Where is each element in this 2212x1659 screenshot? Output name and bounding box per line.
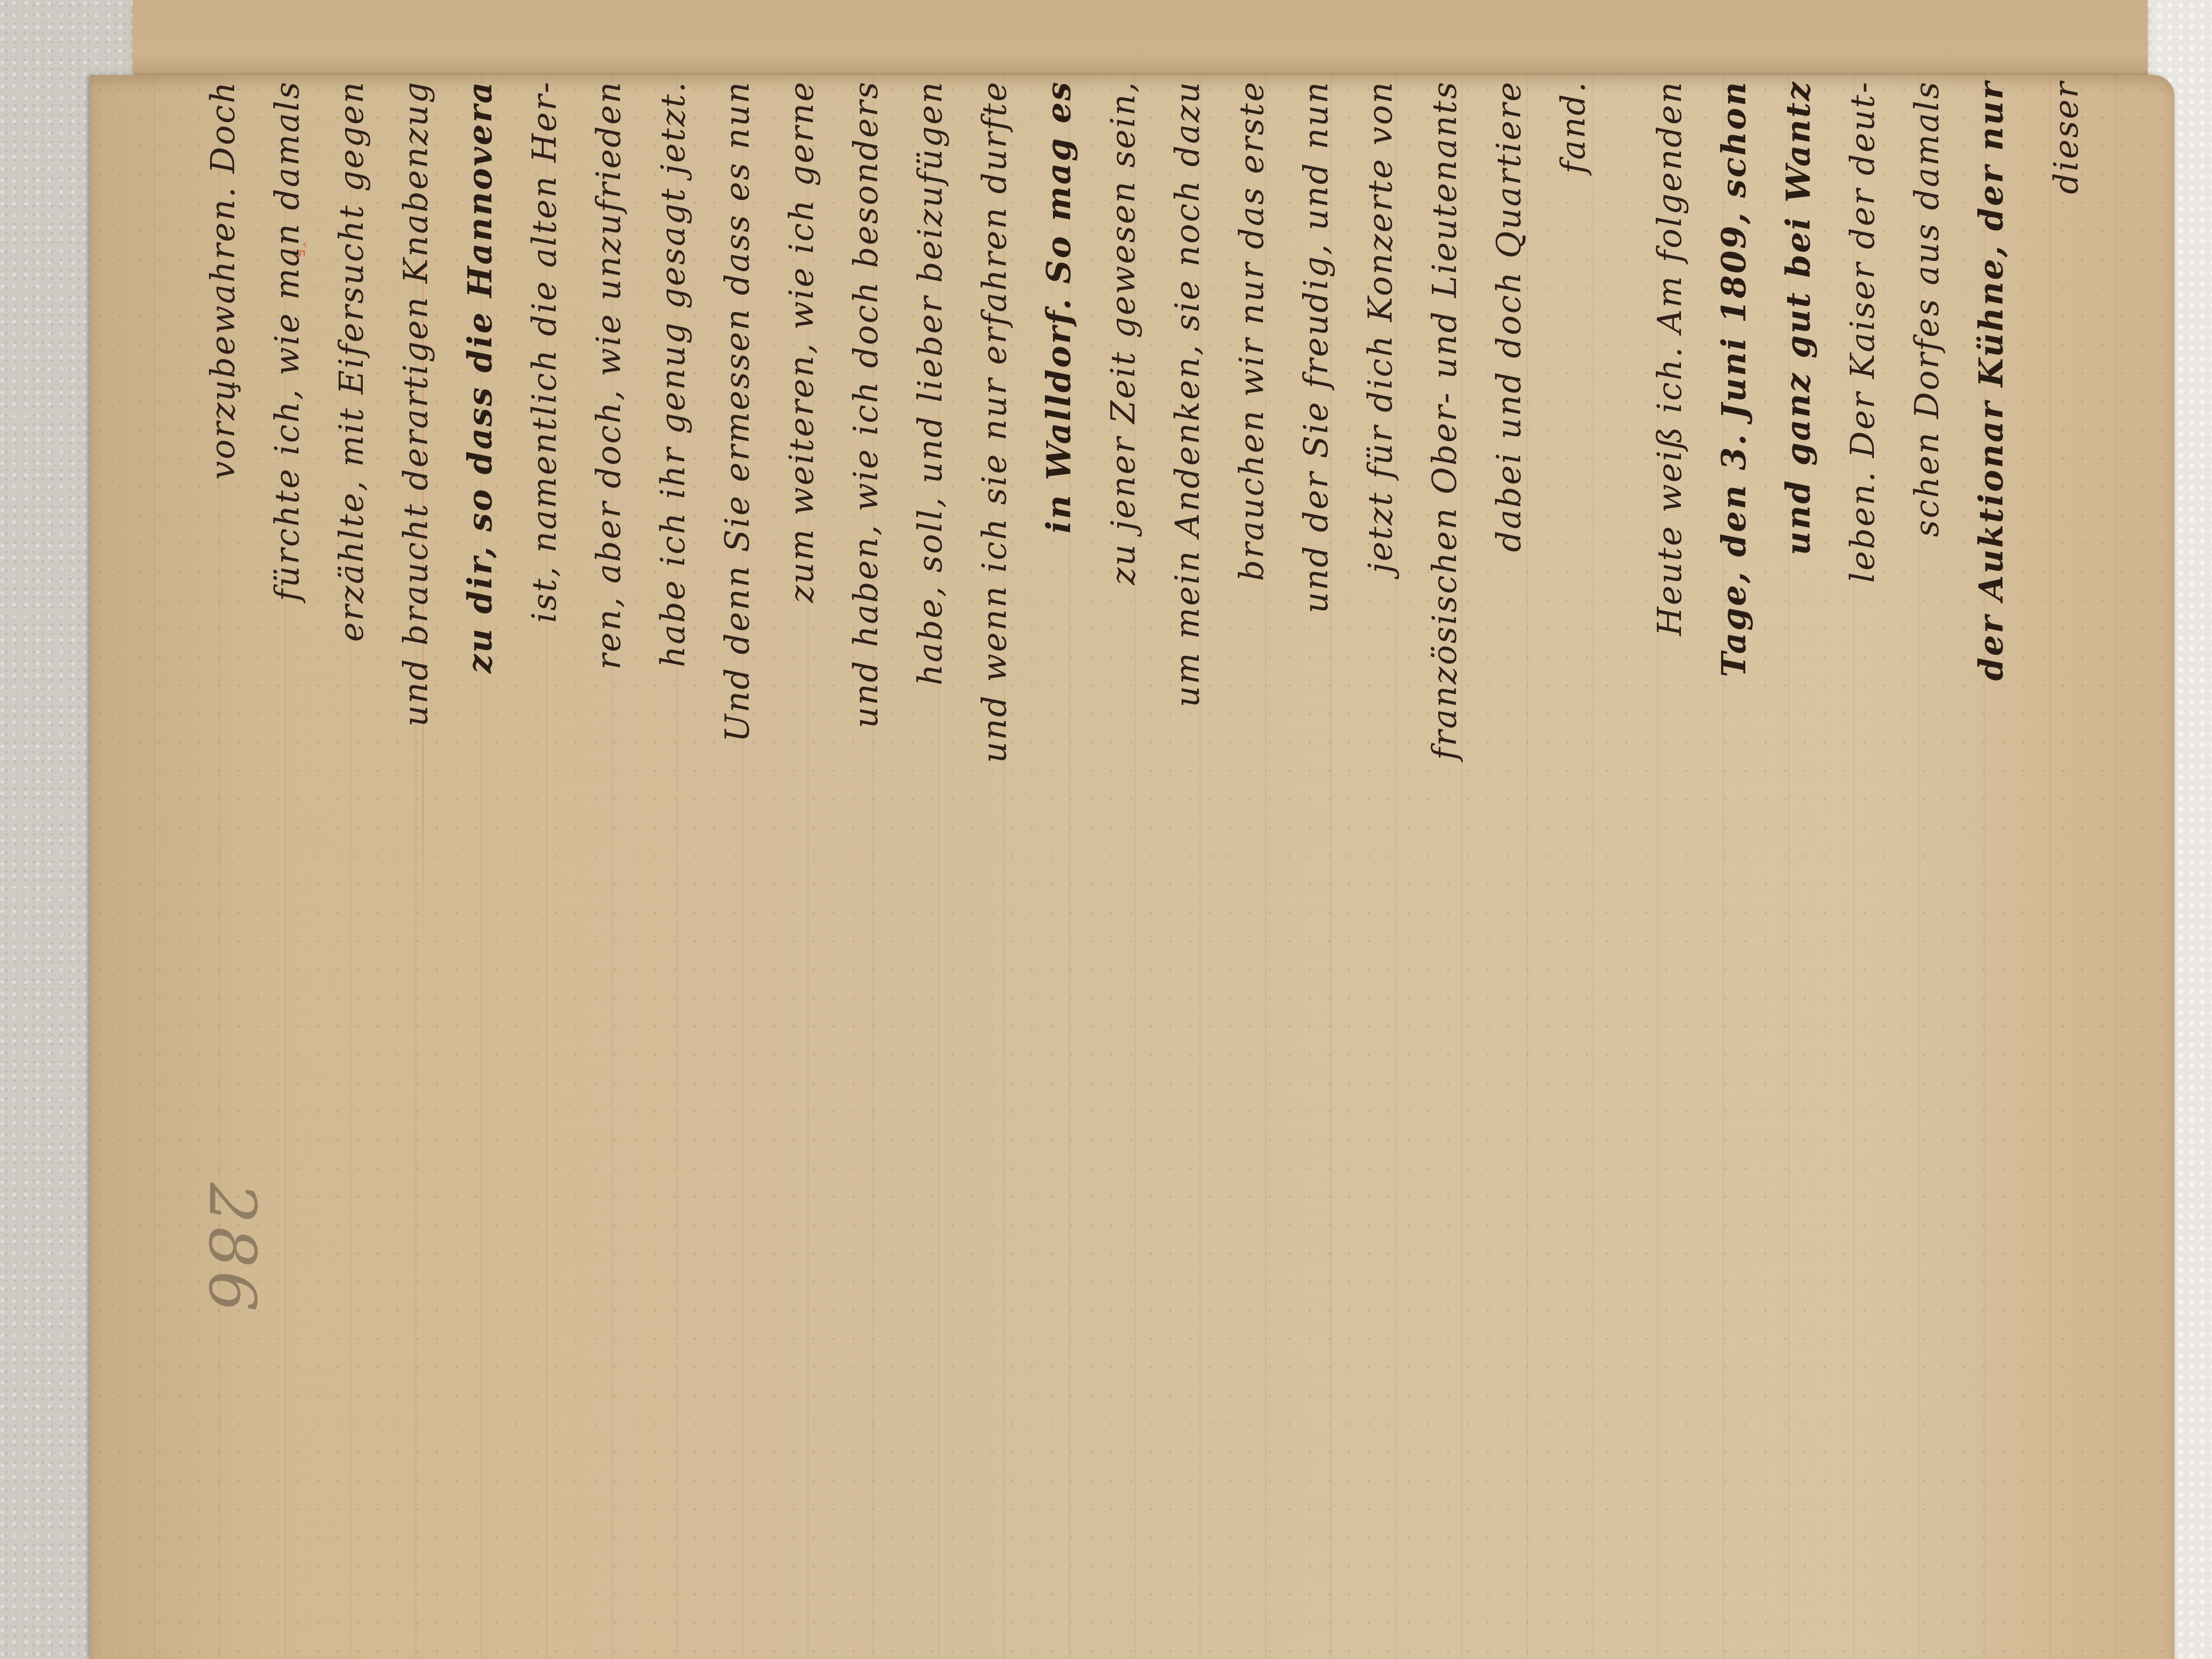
- text-line-content: der Auktionar Kühne, der nur: [1975, 80, 2008, 681]
- text-line: erzählte, mit Eifersucht gegen: [335, 80, 368, 916]
- text-line-content: dabei und doch Quartiere: [1492, 80, 1526, 552]
- text-line-content: und braucht derartigen Knabenzug: [399, 80, 432, 727]
- text-line: zu jener Zeit gewesen sein,: [1107, 80, 1140, 916]
- text-line: fürchte ich, wie man damals: [271, 80, 304, 916]
- text-line-content: leben. Der Kaiser der deut-: [1846, 80, 1879, 583]
- text-line-content: um mein Andenken, sie noch dazu: [1171, 80, 1204, 707]
- text-line: vorzu̧bewahren. Doch: [206, 80, 240, 916]
- text-line: ren, aber doch, wie unzufrieden: [592, 80, 625, 916]
- page-number: 286: [195, 1174, 270, 1324]
- text-line: dieser: [2050, 80, 2083, 916]
- text-line-content: und wenn ich sie nur erfahren durfte: [978, 80, 1011, 763]
- text-line-content: Und denn Sie ermessen dass es nun: [721, 80, 754, 742]
- text-line: zum weiteren, wie ich gerne: [785, 80, 818, 916]
- text-line-content: ist, namentlich die alten Her-: [528, 80, 561, 623]
- text-line-content: zu dir, so dass die Hannovera: [464, 80, 497, 673]
- text-line: schen Dorfes aus damals: [1910, 80, 1944, 916]
- text-line-content: und der Sie freudig, und nun: [1299, 80, 1333, 614]
- text-line-content: und ganz gut bei Wantz: [1782, 80, 1815, 555]
- text-line: dabei und doch Quartiere: [1492, 80, 1526, 916]
- previous-page-edge: [133, 0, 2148, 75]
- text-line-content: jetzt für dich Konzerte von: [1364, 80, 1397, 573]
- text-line: leben. Der Kaiser der deut-: [1846, 80, 1879, 916]
- text-line: fand.: [1557, 80, 1590, 916]
- text-line: ist, namentlich die alten Her-: [528, 80, 561, 916]
- text-line-content: habe, soll, und lieber beizufügen: [914, 80, 947, 685]
- text-line: habe ich ihr genug gesagt jetzt.: [656, 80, 690, 916]
- text-line-content: Tage, den 3. Juni 1809, schon: [1717, 80, 1751, 677]
- text-line-content: erzählte, mit Eifersucht gegen: [335, 80, 368, 642]
- text-line: und der Sie freudig, und nun: [1299, 80, 1333, 916]
- text-line: in Walldorf. So mag es: [1042, 80, 1075, 916]
- text-line: Tage, den 3. Juni 1809, schon: [1717, 80, 1751, 916]
- text-line: französischen Ober- und Lieutenants: [1428, 80, 1461, 916]
- text-line-content: fand.: [1557, 80, 1590, 174]
- text-line-content: fürchte ich, wie man damals: [271, 80, 304, 601]
- text-line: Heute weiß ich. Am folgenden: [1653, 80, 1686, 916]
- text-line-content: zum weiteren, wie ich gerne: [785, 80, 818, 603]
- text-line: und ganz gut bei Wantz: [1782, 80, 1815, 916]
- text-line-content: brauchen wir nur das erste: [1235, 80, 1268, 581]
- text-line-content: vorzu̧bewahren. Doch: [206, 80, 240, 480]
- text-line: Und denn Sie ermessen dass es nun: [721, 80, 754, 916]
- text-line-content: französischen Ober- und Lieutenants: [1428, 80, 1461, 760]
- text-line: und wenn ich sie nur erfahren durfte: [978, 80, 1011, 916]
- text-line: habe, soll, und lieber beizufügen: [914, 80, 947, 916]
- page-number-text: 286: [195, 1182, 270, 1314]
- text-line-content: Heute weiß ich. Am folgenden: [1653, 80, 1686, 636]
- text-line: zu dir, so dass die Hannovera: [464, 80, 497, 916]
- text-line: brauchen wir nur das erste: [1235, 80, 1268, 916]
- text-line: jetzt für dich Konzerte von: [1364, 80, 1397, 916]
- text-line-content: ren, aber doch, wie unzufrieden: [592, 80, 625, 670]
- text-line: um mein Andenken, sie noch dazu: [1171, 80, 1204, 916]
- text-line-content: habe ich ihr genug gesagt jetzt.: [656, 80, 690, 668]
- text-line-content: schen Dorfes aus damals: [1910, 80, 1944, 537]
- text-line: der Auktionar Kühne, der nur: [1975, 80, 2008, 916]
- text-line: und haben, wie ich doch besonders: [849, 80, 883, 916]
- text-line: und braucht derartigen Knabenzug: [399, 80, 432, 916]
- text-line-content: in Walldorf. So mag es: [1042, 80, 1075, 534]
- text-line-content: dieser: [2050, 80, 2083, 194]
- text-line-content: zu jener Zeit gewesen sein,: [1107, 80, 1140, 585]
- text-line-content: und haben, wie ich doch besonders: [849, 80, 883, 728]
